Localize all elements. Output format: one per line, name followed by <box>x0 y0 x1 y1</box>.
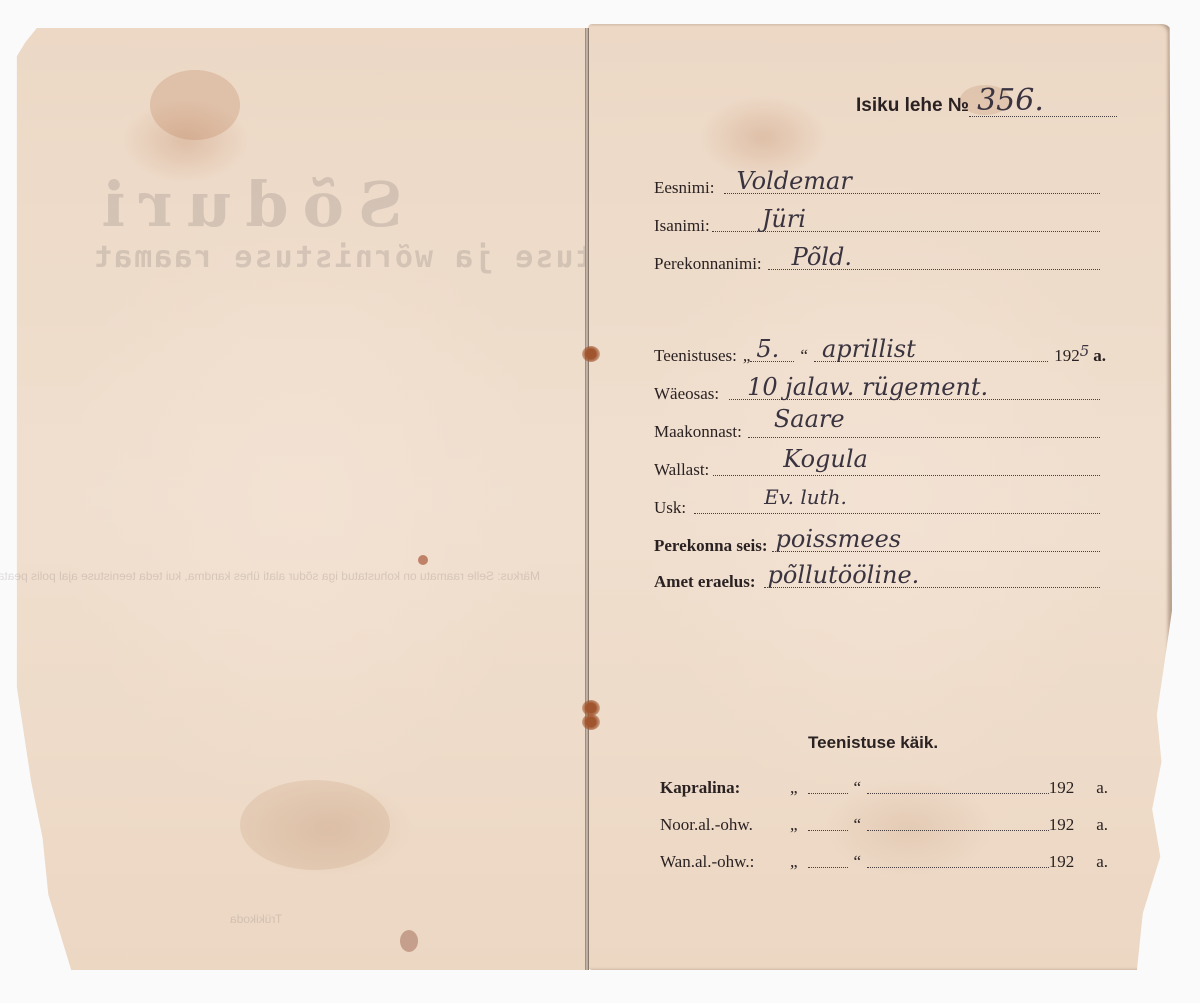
year-abbr: a. <box>1093 346 1106 366</box>
career-year: 192 <box>1049 852 1075 872</box>
bleed-through-title: Sõduri <box>88 168 403 241</box>
open-quote: „ <box>790 852 798 872</box>
father-name-value: Jüri <box>762 205 806 233</box>
close-quote: “ <box>854 852 862 872</box>
open-quote: „ <box>790 815 798 835</box>
county-value: Saare <box>774 405 845 433</box>
field-parish: Wallast: Kogula <box>654 460 1100 480</box>
surname-value: Põld. <box>792 243 852 271</box>
career-row-corporal: Kapralina: „ “ 192 a. <box>660 778 1108 798</box>
year-prefix: 192 <box>1054 346 1080 366</box>
open-quote: „ <box>743 346 751 366</box>
stain <box>150 70 240 140</box>
career-year: 192 <box>1049 815 1075 835</box>
first-name-label: Eesnimi: <box>654 178 714 198</box>
field-occupation: Amet eraelus: põllutööline. <box>654 572 1100 592</box>
field-religion: Usk: Ev. luth. <box>654 498 1100 518</box>
parish-value: Kogula <box>783 445 868 473</box>
career-label: Noor.al.-ohw. <box>660 815 790 835</box>
staple <box>582 714 600 730</box>
field-service-start: Teenistuses: „ 5. “ aprillist 192 5 a. <box>654 346 1106 366</box>
career-year-abbr: a. <box>1096 852 1108 872</box>
religion-value: Ev. luth. <box>764 485 847 509</box>
first-name-value: Voldemar <box>736 167 851 195</box>
career-title: Teenistuse käik. <box>808 733 938 753</box>
close-quote: “ <box>800 346 808 366</box>
record-number: Isiku lehe № 356. <box>856 92 1117 117</box>
bleed-through-note: Märkus: Selle raamatu on kohustatud iga … <box>80 566 540 586</box>
occupation-value: põllutööline. <box>768 561 920 589</box>
record-number-field: 356. <box>969 92 1117 117</box>
stain <box>240 780 390 870</box>
open-quote: „ <box>790 778 798 798</box>
staple <box>582 346 600 362</box>
career-year: 192 <box>1049 778 1075 798</box>
service-day-value: 5. <box>756 335 779 363</box>
career-row-senior-nco: Wan.al.-ohw.: „ “ 192 a. <box>660 852 1108 872</box>
career-year-abbr: a. <box>1096 815 1108 835</box>
field-marital-status: Perekonna seis: poissmees <box>654 536 1100 556</box>
close-quote: “ <box>854 815 862 835</box>
field-surname: Perekonnanimi: Põld. <box>654 254 1100 274</box>
service-start-label: Teenistuses: <box>654 346 737 366</box>
surname-label: Perekonnanimi: <box>654 254 762 274</box>
close-quote: “ <box>854 778 862 798</box>
year-suffix: 5 <box>1080 342 1090 360</box>
field-first-name: Eesnimi: Voldemar <box>654 178 1100 198</box>
service-month-value: aprillist <box>822 335 916 363</box>
marital-status-label: Perekonna seis: <box>654 536 768 556</box>
career-label: Wan.al.-ohw.: <box>660 852 790 872</box>
record-number-label: Isiku lehe № <box>856 95 969 117</box>
bleed-through-footer: Trükikoda <box>230 912 282 926</box>
religion-label: Usk: <box>654 498 686 518</box>
career-row-junior-nco: Noor.al.-ohw. „ “ 192 a. <box>660 815 1108 835</box>
record-number-value: 356. <box>977 83 1044 118</box>
county-label: Maakonnast: <box>654 422 742 442</box>
field-county: Maakonnast: Saare <box>654 422 1100 442</box>
book-spine <box>585 28 589 970</box>
field-unit: Wäeosas: 10 jalaw. rügement. <box>654 384 1100 404</box>
marital-status-value: poissmees <box>776 525 902 553</box>
father-name-label: Isanimi: <box>654 216 710 236</box>
stain <box>418 555 428 565</box>
field-father-name: Isanimi: Jüri <box>654 216 1100 236</box>
stain <box>400 930 418 952</box>
unit-value: 10 jalaw. rügement. <box>747 373 988 401</box>
career-label: Kapralina: <box>660 778 790 798</box>
career-year-abbr: a. <box>1096 778 1108 798</box>
occupation-label: Amet eraelus: <box>654 572 756 592</box>
unit-label: Wäeosas: <box>654 384 719 404</box>
parish-label: Wallast: <box>654 460 709 480</box>
